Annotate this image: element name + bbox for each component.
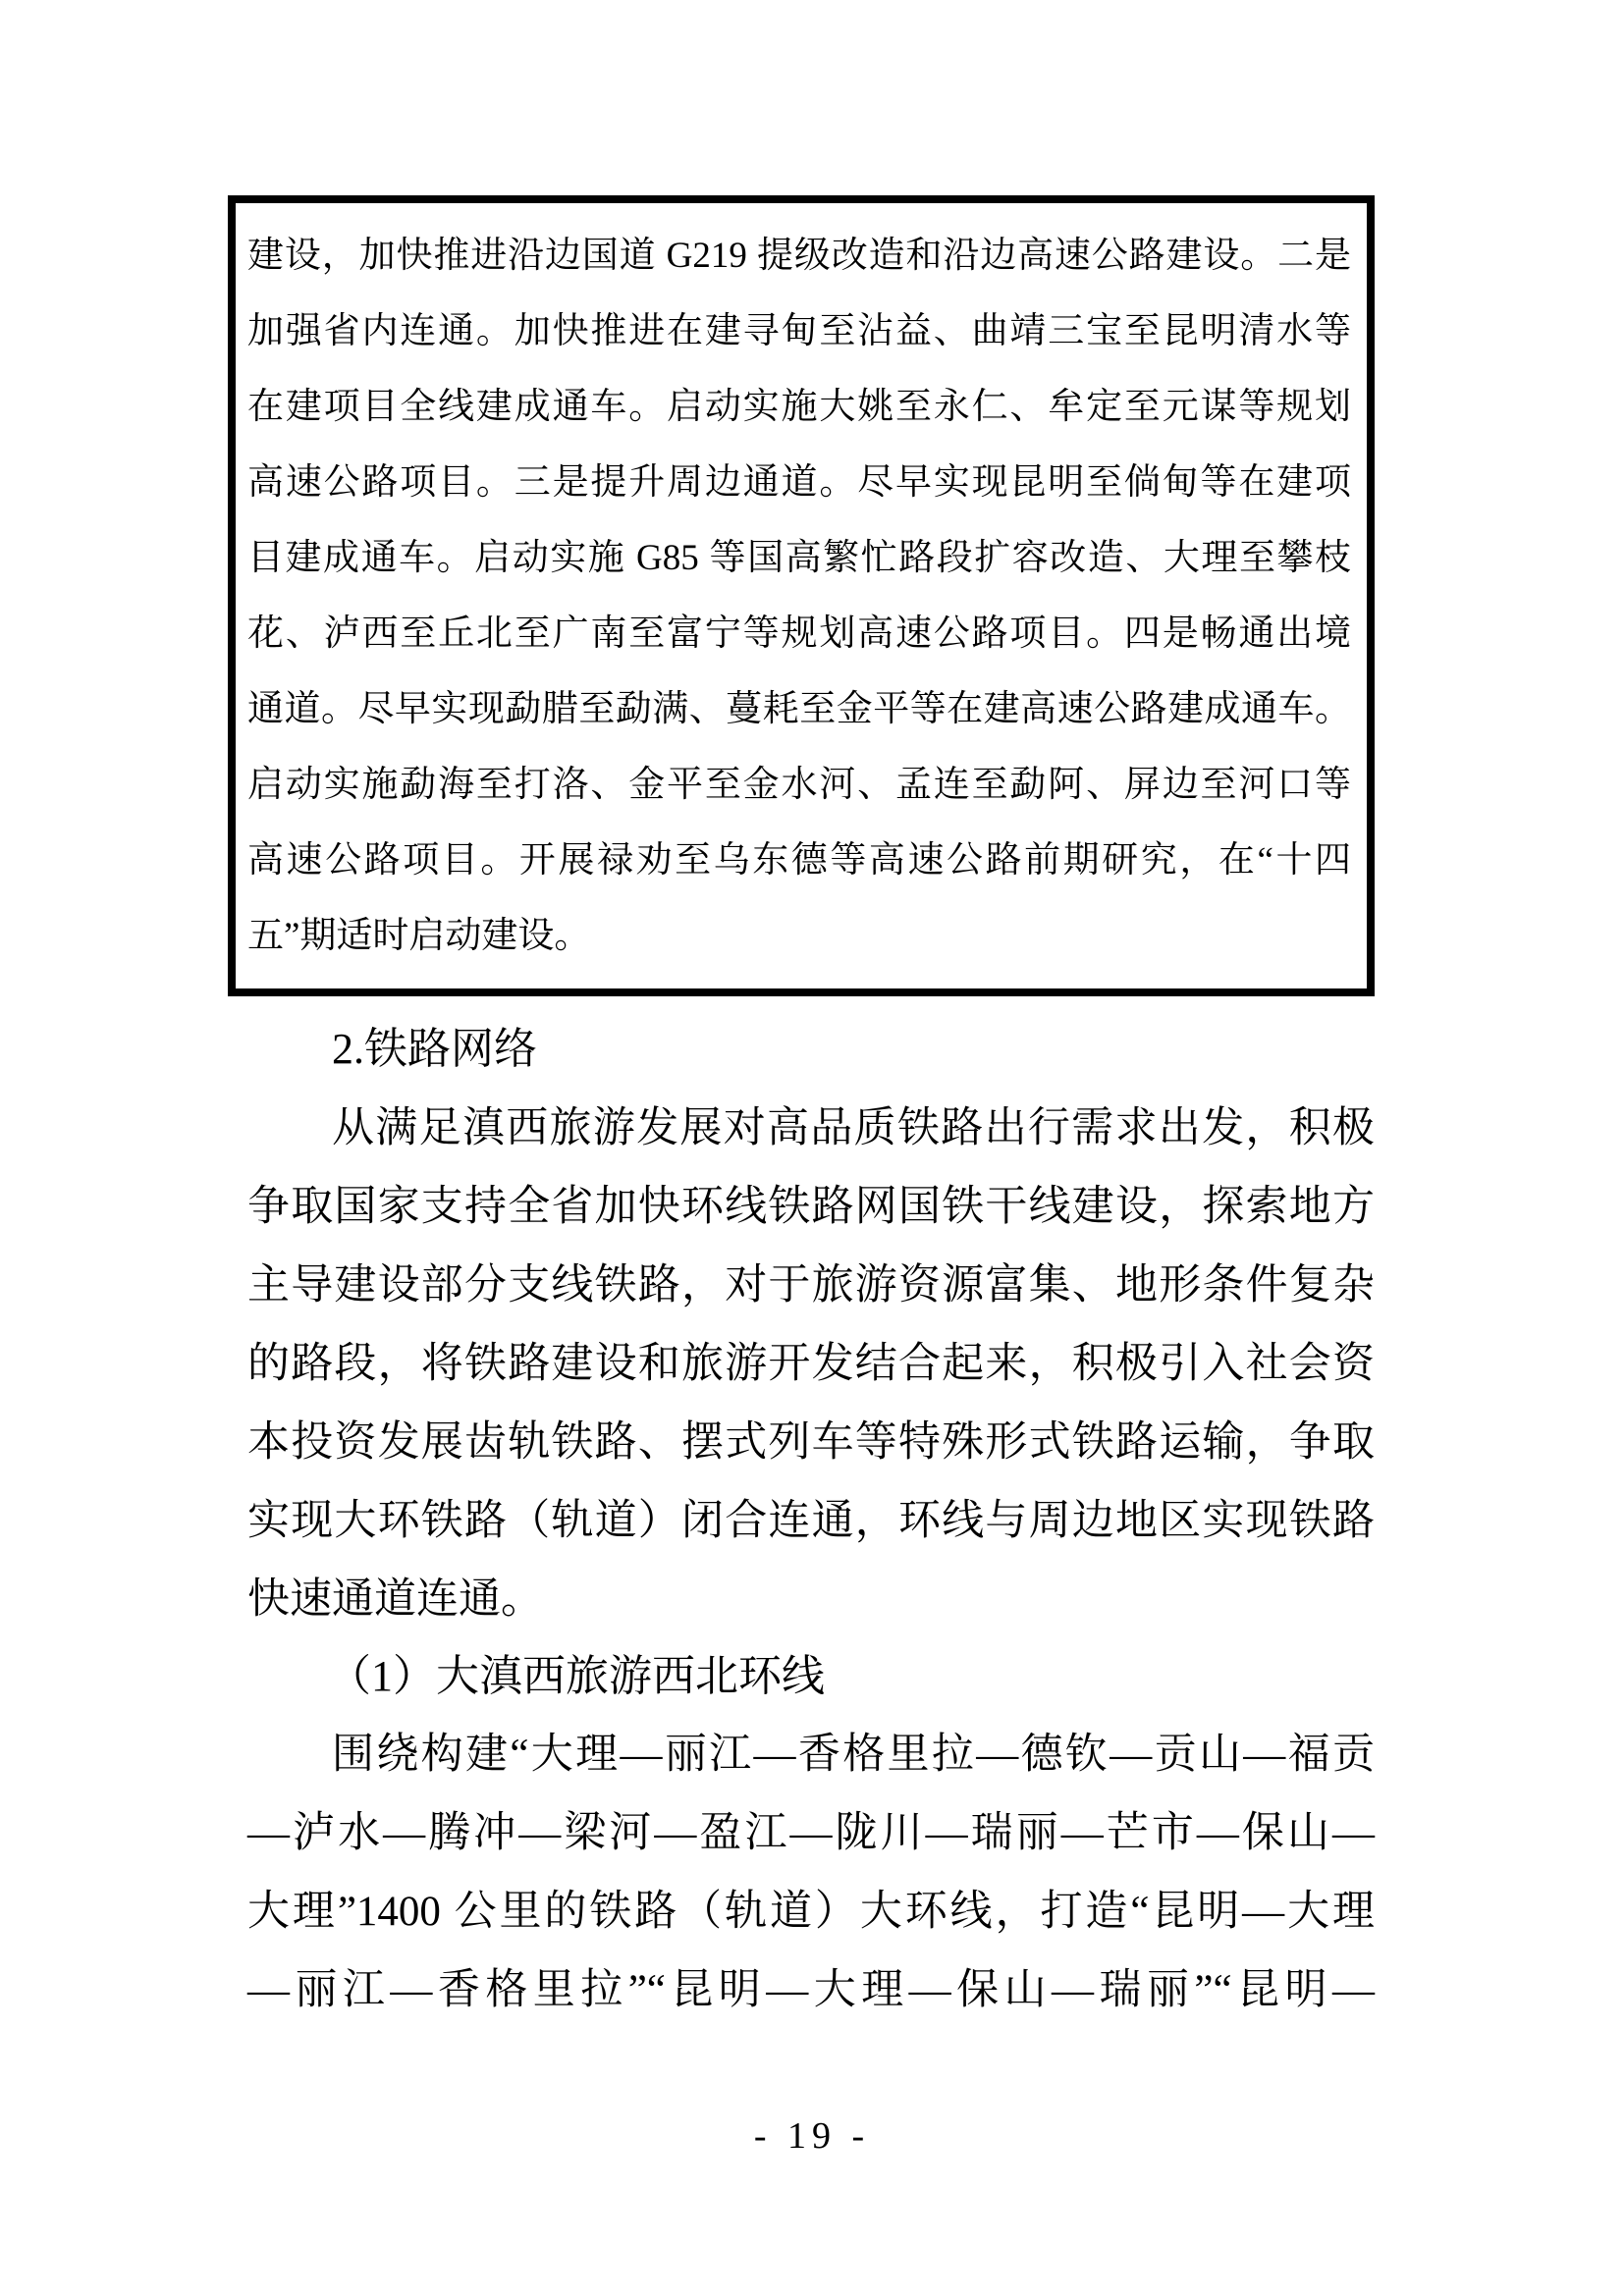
subsection-heading-northwest-loop: （1）大滇西旅游西北环线 bbox=[328, 1639, 825, 1714]
text-line: 实现大环铁路（轨道）闭合连通，环线与周边地区实现铁路 bbox=[247, 1482, 1375, 1561]
paragraph-northwest-loop: 围绕构建“大理—丽江—香格里拉—德钦—贡山—福贡—泸水—腾冲—梁河—盈江—陇川—… bbox=[247, 1716, 1375, 2030]
text-line: 花、泸西至丘北至广南至富宁等规划高速公路项目。四是畅通出境 bbox=[247, 596, 1351, 671]
text-line: 高速公路项目。开展禄劝至乌东德等高速公路前期研究，在“十四 bbox=[247, 823, 1351, 898]
text-line: 主导建设部分支线铁路，对于旅游资源富集、地形条件复杂 bbox=[247, 1247, 1375, 1325]
paragraph-rail-intro: 从满足滇西旅游发展对高品质铁路出行需求出发，积极争取国家支持全省加快环线铁路网国… bbox=[247, 1090, 1375, 1639]
text-line: 从满足滇西旅游发展对高品质铁路出行需求出发，积极 bbox=[247, 1090, 1375, 1168]
text-line: 目建成通车。启动实施 G85 等国高繁忙路段扩容改造、大理至攀枝 bbox=[247, 520, 1351, 596]
text-line: 通道。尽早实现勐腊至勐满、蔓耗至金平等在建高速公路建成通车。 bbox=[247, 671, 1351, 747]
text-line: 加强省内连通。加快推进在建寻甸至沾益、曲靖三宝至昆明清水等 bbox=[247, 294, 1351, 369]
text-line: 在建项目全线建成通车。启动实施大姚至永仁、牟定至元谋等规划 bbox=[247, 369, 1351, 445]
document-page: 建设，加快推进沿边国道 G219 提级改造和沿边高速公路建设。二是加强省内连通。… bbox=[0, 0, 1624, 2296]
text-line: 争取国家支持全省加快环线铁路网国铁干线建设，探索地方 bbox=[247, 1168, 1375, 1247]
text-line: 快速通道连通。 bbox=[247, 1561, 1375, 1639]
text-line: 本投资发展齿轨铁路、摆式列车等特殊形式铁路运输，争取 bbox=[247, 1404, 1375, 1482]
text-line: 围绕构建“大理—丽江—香格里拉—德钦—贡山—福贡 bbox=[247, 1716, 1375, 1794]
text-line: —丽江—香格里拉”“昆明—大理—保山—瑞丽”“昆明— bbox=[247, 1951, 1375, 2030]
boxed-callout-paragraph: 建设，加快推进沿边国道 G219 提级改造和沿边高速公路建设。二是加强省内连通。… bbox=[228, 195, 1375, 996]
text-line: 五”期适时启动建设。 bbox=[247, 898, 1351, 974]
text-line: 启动实施勐海至打洛、金平至金水河、孟连至勐阿、屏边至河口等 bbox=[247, 747, 1351, 823]
page-number: - 19 - bbox=[0, 2112, 1624, 2160]
text-line: —泸水—腾冲—梁河—盈江—陇川—瑞丽—芒市—保山— bbox=[247, 1794, 1375, 1873]
text-line: 高速公路项目。三是提升周边通道。尽早实现昆明至倘甸等在建项 bbox=[247, 445, 1351, 520]
text-line: 建设，加快推进沿边国道 G219 提级改造和沿边高速公路建设。二是 bbox=[247, 218, 1351, 294]
section-heading-railway-network: 2.铁路网络 bbox=[332, 1012, 537, 1087]
text-line: 的路段，将铁路建设和旅游开发结合起来，积极引入社会资 bbox=[247, 1325, 1375, 1404]
text-line: 大理”1400 公里的铁路（轨道）大环线，打造“昆明—大理 bbox=[247, 1873, 1375, 1951]
